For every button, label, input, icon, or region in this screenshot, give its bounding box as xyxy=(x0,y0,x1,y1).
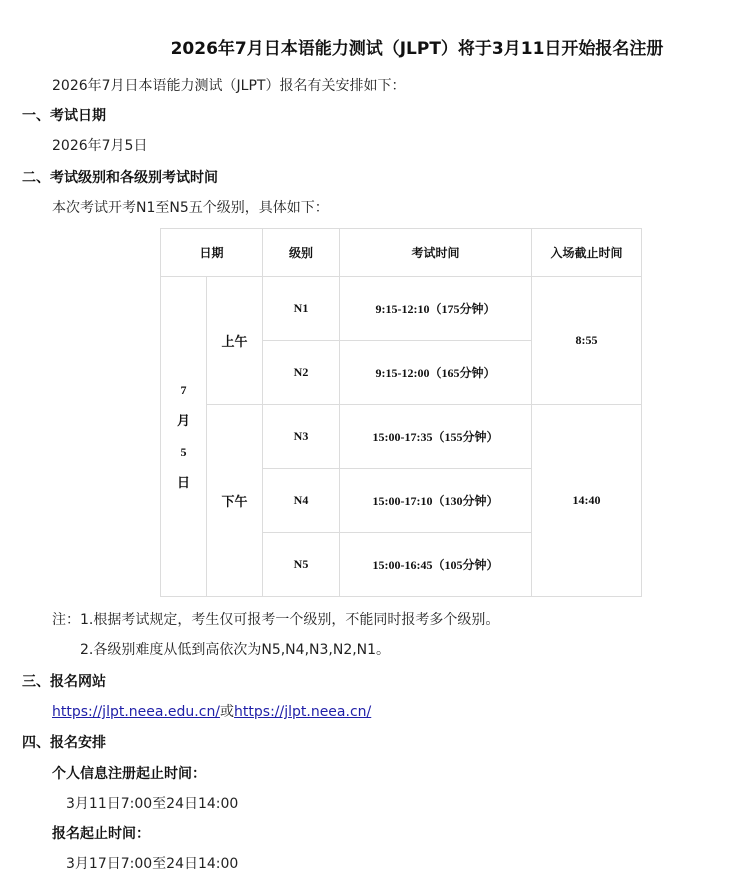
note-2: 2.各级别难度从低到高依次为N5,N4,N3,N2,N1。 xyxy=(80,640,390,660)
exam-schedule-table: 日期 级别 考试时间 入场截止时间 7 月 5 日 上午 N1 9:15-12:… xyxy=(160,228,642,597)
time-cell: 15:00-17:10（130分钟） xyxy=(340,469,532,533)
date-char: 月 xyxy=(161,406,206,437)
time-cell: 9:15-12:00（165分钟） xyxy=(340,341,532,405)
date-cell: 7 月 5 日 xyxy=(161,277,207,597)
website-links: https://jlpt.neea.edu.cn/或https://jlpt.n… xyxy=(52,702,371,722)
time-cell: 9:15-12:10（175分钟） xyxy=(340,277,532,341)
period-afternoon: 下午 xyxy=(207,405,263,597)
date-char: 日 xyxy=(161,468,206,499)
cutoff-afternoon: 14:40 xyxy=(532,405,642,597)
header-exam-time: 考试时间 xyxy=(340,229,532,277)
level-cell: N4 xyxy=(263,469,340,533)
link-jlpt-neea-edu[interactable]: https://jlpt.neea.edu.cn/ xyxy=(52,704,220,720)
note-1: 注：1.根据考试规定，考生仅可报考一个级别，不能同时报考多个级别。 xyxy=(52,610,499,630)
date-char: 7 xyxy=(161,375,206,406)
time-cell: 15:00-17:35（155分钟） xyxy=(340,405,532,469)
exam-date-text: 2026年7月5日 xyxy=(52,136,147,156)
header-date: 日期 xyxy=(161,229,263,277)
table-header-row: 日期 级别 考试时间 入场截止时间 xyxy=(161,229,642,277)
level-cell: N5 xyxy=(263,533,340,597)
level-cell: N1 xyxy=(263,277,340,341)
level-cell: N2 xyxy=(263,341,340,405)
level-cell: N3 xyxy=(263,405,340,469)
cutoff-morning: 8:55 xyxy=(532,277,642,405)
signup-period: 3月17日7:00至24日14:00 xyxy=(66,854,238,874)
time-cell: 15:00-16:45（105分钟） xyxy=(340,533,532,597)
intro-text: 2026年7月日本语能力测试（JLPT）报名有关安排如下： xyxy=(52,76,405,96)
section-heading-registration: 四、报名安排 xyxy=(22,733,106,753)
period-morning: 上午 xyxy=(207,277,263,405)
link-separator: 或 xyxy=(220,704,234,720)
signup-label: 报名起止时间： xyxy=(52,824,150,844)
table-row: 7 月 5 日 上午 N1 9:15-12:10（175分钟） 8:55 xyxy=(161,277,642,341)
link-jlpt-neea[interactable]: https://jlpt.neea.cn/ xyxy=(234,704,371,720)
header-entry-cutoff: 入场截止时间 xyxy=(532,229,642,277)
registration-info-period: 3月11日7:00至24日14:00 xyxy=(66,794,238,814)
date-char: 5 xyxy=(161,437,206,468)
table-row: 下午 N3 15:00-17:35（155分钟） 14:40 xyxy=(161,405,642,469)
section-heading-exam-date: 一、考试日期 xyxy=(22,106,106,126)
page-title: 2026年7月日本语能力测试（JLPT）将于3月11日开始报名注册 xyxy=(0,34,754,59)
header-level: 级别 xyxy=(263,229,340,277)
registration-info-label: 个人信息注册起止时间： xyxy=(52,764,206,784)
section-heading-levels: 二、考试级别和各级别考试时间 xyxy=(22,168,218,188)
section-heading-website: 三、报名网站 xyxy=(22,672,106,692)
levels-intro-text: 本次考试开考N1至N5五个级别，具体如下： xyxy=(52,198,329,218)
